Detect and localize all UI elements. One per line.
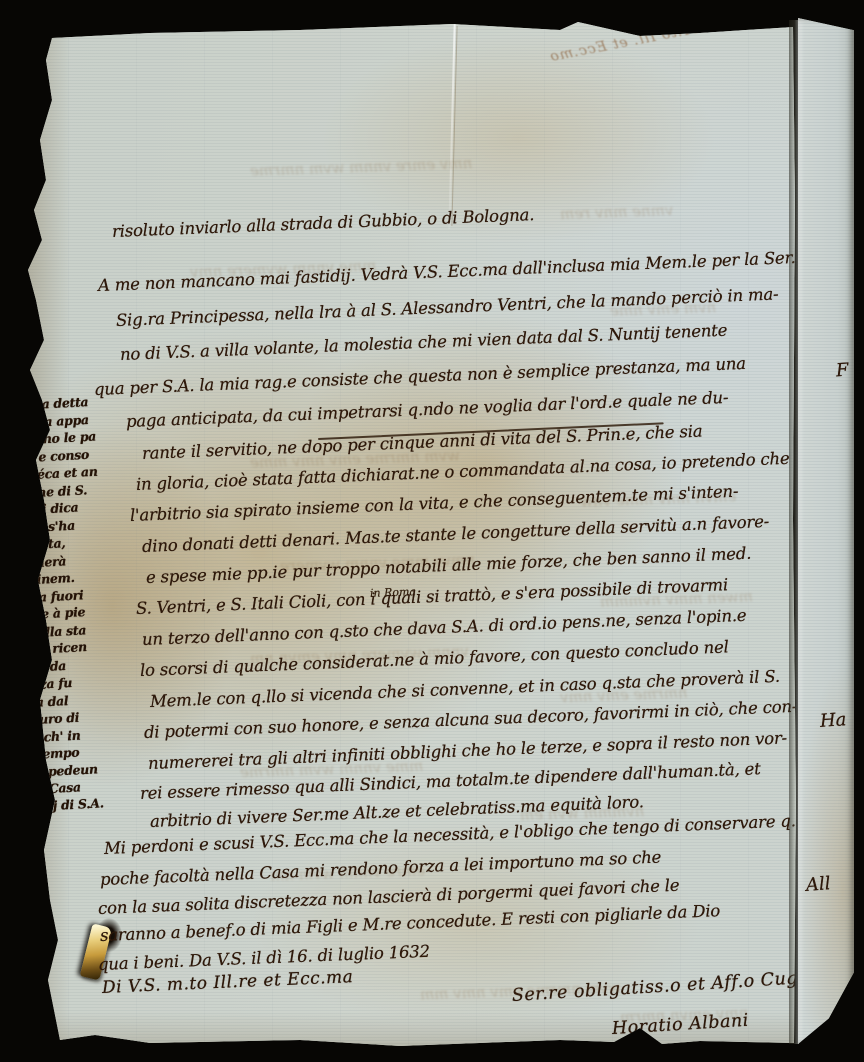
facing-page-text-fragment: F <box>835 362 849 381</box>
manuscript-page: Al M.to Ill. et Ecc.mo in Roma Di V.S. m… <box>0 0 864 1062</box>
showthrough-line: vmne mnv rem <box>560 203 674 222</box>
margin-note-line: il mio ricen <box>10 641 87 658</box>
facing-page-text-fragment: Ha <box>819 711 847 731</box>
showthrough-line: nmv emvn nmrm <box>620 1006 749 1025</box>
margin-note-line: Poliza fu <box>14 677 73 693</box>
margin-note-line: riscono le pa <box>10 431 97 448</box>
margin-note-line: er vista, <box>12 537 66 552</box>
date-line: qua i beni. Da V.S. il dì 16. di luglio … <box>98 944 431 974</box>
margin-note-line: ordinem. <box>14 572 75 588</box>
margin-note-line: cocci dica <box>12 502 79 518</box>
margin-note-line: prannpedeun <box>8 763 98 780</box>
scanned-letter-canvas: Al M.to Ill. et Ecc.mo in Roma Di V.S. m… <box>0 0 864 1062</box>
margin-note-line: uta, e da <box>8 660 67 676</box>
margin-note-line: signerà <box>16 555 67 570</box>
bleedthrough-top-inscription: Al M.to Ill. et Ecc.mo <box>548 18 720 65</box>
margin-note-line: i non s'ha <box>10 520 76 536</box>
margin-note-line: nel tempo <box>12 746 80 762</box>
margin-note-line: role e conso <box>8 449 90 466</box>
margin-note-line: di q.lla sta <box>16 624 87 640</box>
facing-page-text-fragment: All <box>805 875 831 895</box>
margin-note-line: Per. ch' in <box>14 730 81 746</box>
showthrough-line: nmv emre vnnm wvm nmrme <box>250 156 473 179</box>
margin-note-line: arche di S. <box>16 484 88 500</box>
margin-note-line: Poliza appa <box>12 414 89 431</box>
margin-note-line: parla fuori <box>12 589 84 605</box>
body-text-line: risoluto inviarlo alla strada di Gubbio,… <box>112 207 535 240</box>
closing-salutation: Di V.S. m.to Ill.re et Ecc.ma <box>102 969 354 997</box>
vertical-crease-shadow <box>451 26 457 226</box>
margin-note-line: vedéca et an <box>14 466 98 483</box>
margin-note-line: energj di S.A. <box>14 797 104 814</box>
margin-note-line: fatta dal <box>12 695 69 710</box>
margin-note-line: covile à pie <box>10 606 86 622</box>
margin-note-line: Vecuro di <box>16 712 80 728</box>
margin-note-line: Nella detta <box>14 396 89 412</box>
page-fold-shadow <box>789 20 799 1044</box>
margin-note-line: della Casa <box>12 781 81 797</box>
